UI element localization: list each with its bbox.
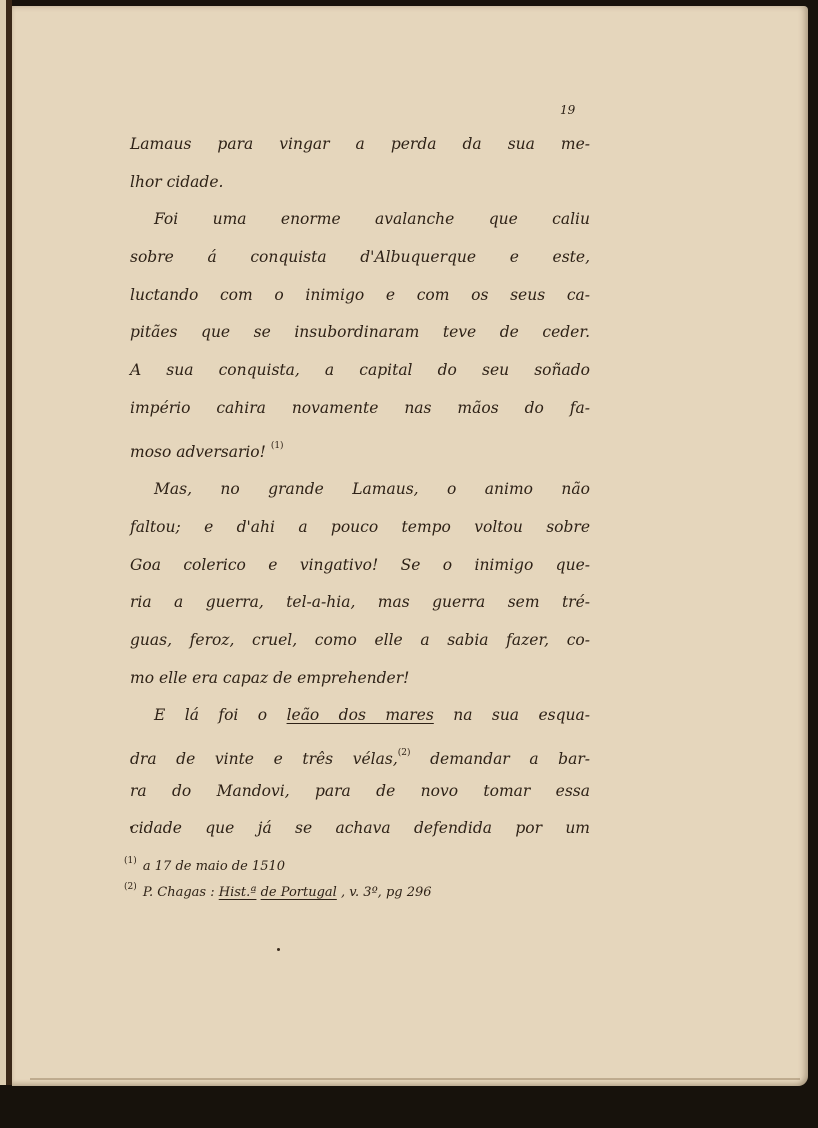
footnote-title: Hist.ª <box>219 885 257 900</box>
text-line: império cahira novamente nas mãos do fa- <box>130 390 590 428</box>
footnote-mark: (1) <box>124 856 137 866</box>
text-line: Lamaus para vingar a perda da sua me- <box>130 126 590 164</box>
handwritten-body: Lamaus para vingar a perda da sua me- lh… <box>130 126 590 848</box>
text-line: cidade que já se achava defendida por um <box>130 810 590 848</box>
ink-dot <box>277 948 280 951</box>
text-line: sobre á conquista d'Albuquerque e este, <box>130 239 590 277</box>
text-line: A sua conquista, a capital do seu soñado <box>130 352 590 390</box>
footnote-ref-1: (1) <box>271 441 284 451</box>
text-line: luctando com o inimigo e com os seus ca- <box>130 277 590 315</box>
text-line: faltou; e d'ahi a pouco tempo voltou sob… <box>130 509 590 547</box>
text-fragment: moso adversario! <box>130 443 266 461</box>
footnote-author: P. Chagas : <box>143 885 215 900</box>
text-line: moso adversario! (1) <box>130 428 590 466</box>
text-line: lhor cidade. <box>130 164 590 202</box>
text-fragment: demandar a bar- <box>430 750 590 768</box>
underlined-phrase: leão dos mares <box>287 706 434 724</box>
text-line: ria a guerra, tel-a-hia, mas guerra sem … <box>130 584 590 622</box>
text-fragment: E lá foi o <box>154 706 267 724</box>
ink-dot <box>130 826 133 829</box>
paragraph-start-line: E lá foi o leão dos mares na sua esqua- <box>130 697 590 735</box>
footnote-1: (1) a 17 de maio de 1510 <box>124 848 544 874</box>
footnote-citation: , v. 3º, pg 296 <box>341 885 432 900</box>
scanned-page-background: 19 Lamaus para vingar a perda da sua me-… <box>0 0 818 1128</box>
text-line: pitães que se insubordinaram teve de ced… <box>130 314 590 352</box>
page-fold-line <box>30 1078 800 1080</box>
text-fragment: dra de vinte e três vélas, <box>130 750 398 768</box>
footnote-text: a 17 de maio de 1510 <box>143 859 285 874</box>
footnote-2: (2) P. Chagas : Hist.ª de Portugal , v. … <box>124 874 544 900</box>
paragraph-start-line: Mas, no grande Lamaus, o animo não <box>130 471 590 509</box>
footnote-mark: (2) <box>124 882 137 892</box>
paragraph-start-line: Foi uma enorme avalanche que caliu <box>130 201 590 239</box>
page-number: 19 <box>560 103 575 117</box>
text-line: dra de vinte e três vélas,(2) demandar a… <box>130 735 590 773</box>
text-line: mo elle era capaz de emprehender! <box>130 660 590 698</box>
text-line: guas, feroz, cruel, como elle a sabia fa… <box>130 622 590 660</box>
text-line: ra do Mandovi, para de novo tomar essa <box>130 773 590 811</box>
footnote-title: de Portugal <box>261 885 337 900</box>
text-fragment: na sua esqua- <box>453 706 590 724</box>
footnote-ref-2: (2) <box>398 748 411 758</box>
footnotes: (1) a 17 de maio de 1510 (2) P. Chagas :… <box>124 848 544 900</box>
text-line: Goa colerico e vingativo! Se o inimigo q… <box>130 547 590 585</box>
